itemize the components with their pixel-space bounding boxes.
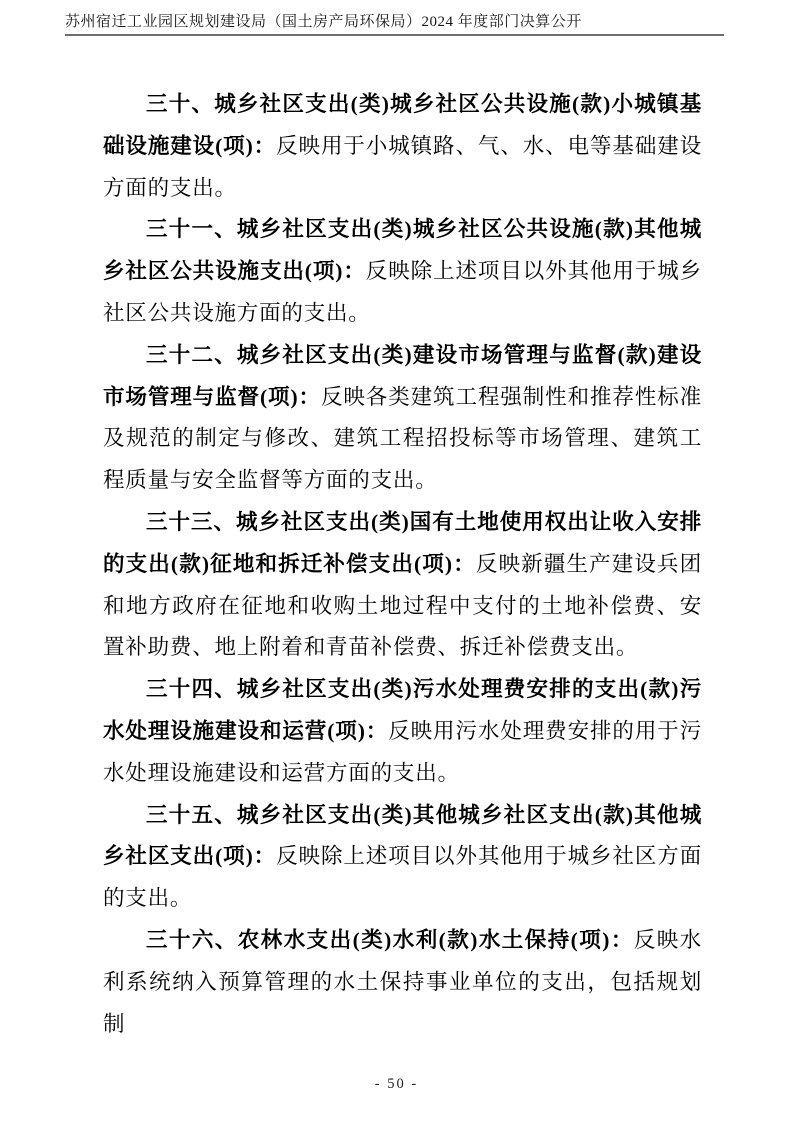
document-page: 苏州宿迁工业园区规划建设局（国土房产局环保局）2024 年度部门决算公开 三十、… — [0, 0, 793, 1122]
paragraph: 三十、城乡社区支出(类)城乡社区公共设施(款)小城镇基础设施建设(项)：反映用于… — [103, 84, 702, 209]
paragraph: 三十一、城乡社区支出(类)城乡社区公共设施(款)其他城乡社区公共设施支出(项)：… — [103, 209, 702, 334]
document-body: 三十、城乡社区支出(类)城乡社区公共设施(款)小城镇基础设施建设(项)：反映用于… — [103, 84, 702, 1045]
page-header: 苏州宿迁工业园区规划建设局（国土房产局环保局）2024 年度部门决算公开 — [65, 12, 724, 36]
page-number: - 50 - — [375, 1076, 418, 1092]
paragraph-lead: 三十六、农林水支出(类)水利(款)水土保持(项)： — [146, 928, 634, 952]
paragraph: 三十二、城乡社区支出(类)建设市场管理与监督(款)建设市场管理与监督(项)：反映… — [103, 335, 702, 502]
paragraph: 三十四、城乡社区支出(类)污水处理费安排的支出(款)污水处理设施建设和运营(项)… — [103, 669, 702, 794]
document-header-title: 苏州宿迁工业园区规划建设局（国土房产局环保局）2024 年度部门决算公开 — [65, 14, 582, 30]
paragraph: 三十六、农林水支出(类)水利(款)水土保持(项)：反映水利系统纳入预算管理的水土… — [103, 920, 702, 1045]
page-footer: - 50 - — [0, 1076, 793, 1093]
paragraph: 三十三、城乡社区支出(类)国有土地使用权出让收入安排的支出(款)征地和拆迁补偿支… — [103, 502, 702, 669]
paragraph: 三十五、城乡社区支出(类)其他城乡社区支出(款)其他城乡社区支出(项)：反映除上… — [103, 795, 702, 920]
